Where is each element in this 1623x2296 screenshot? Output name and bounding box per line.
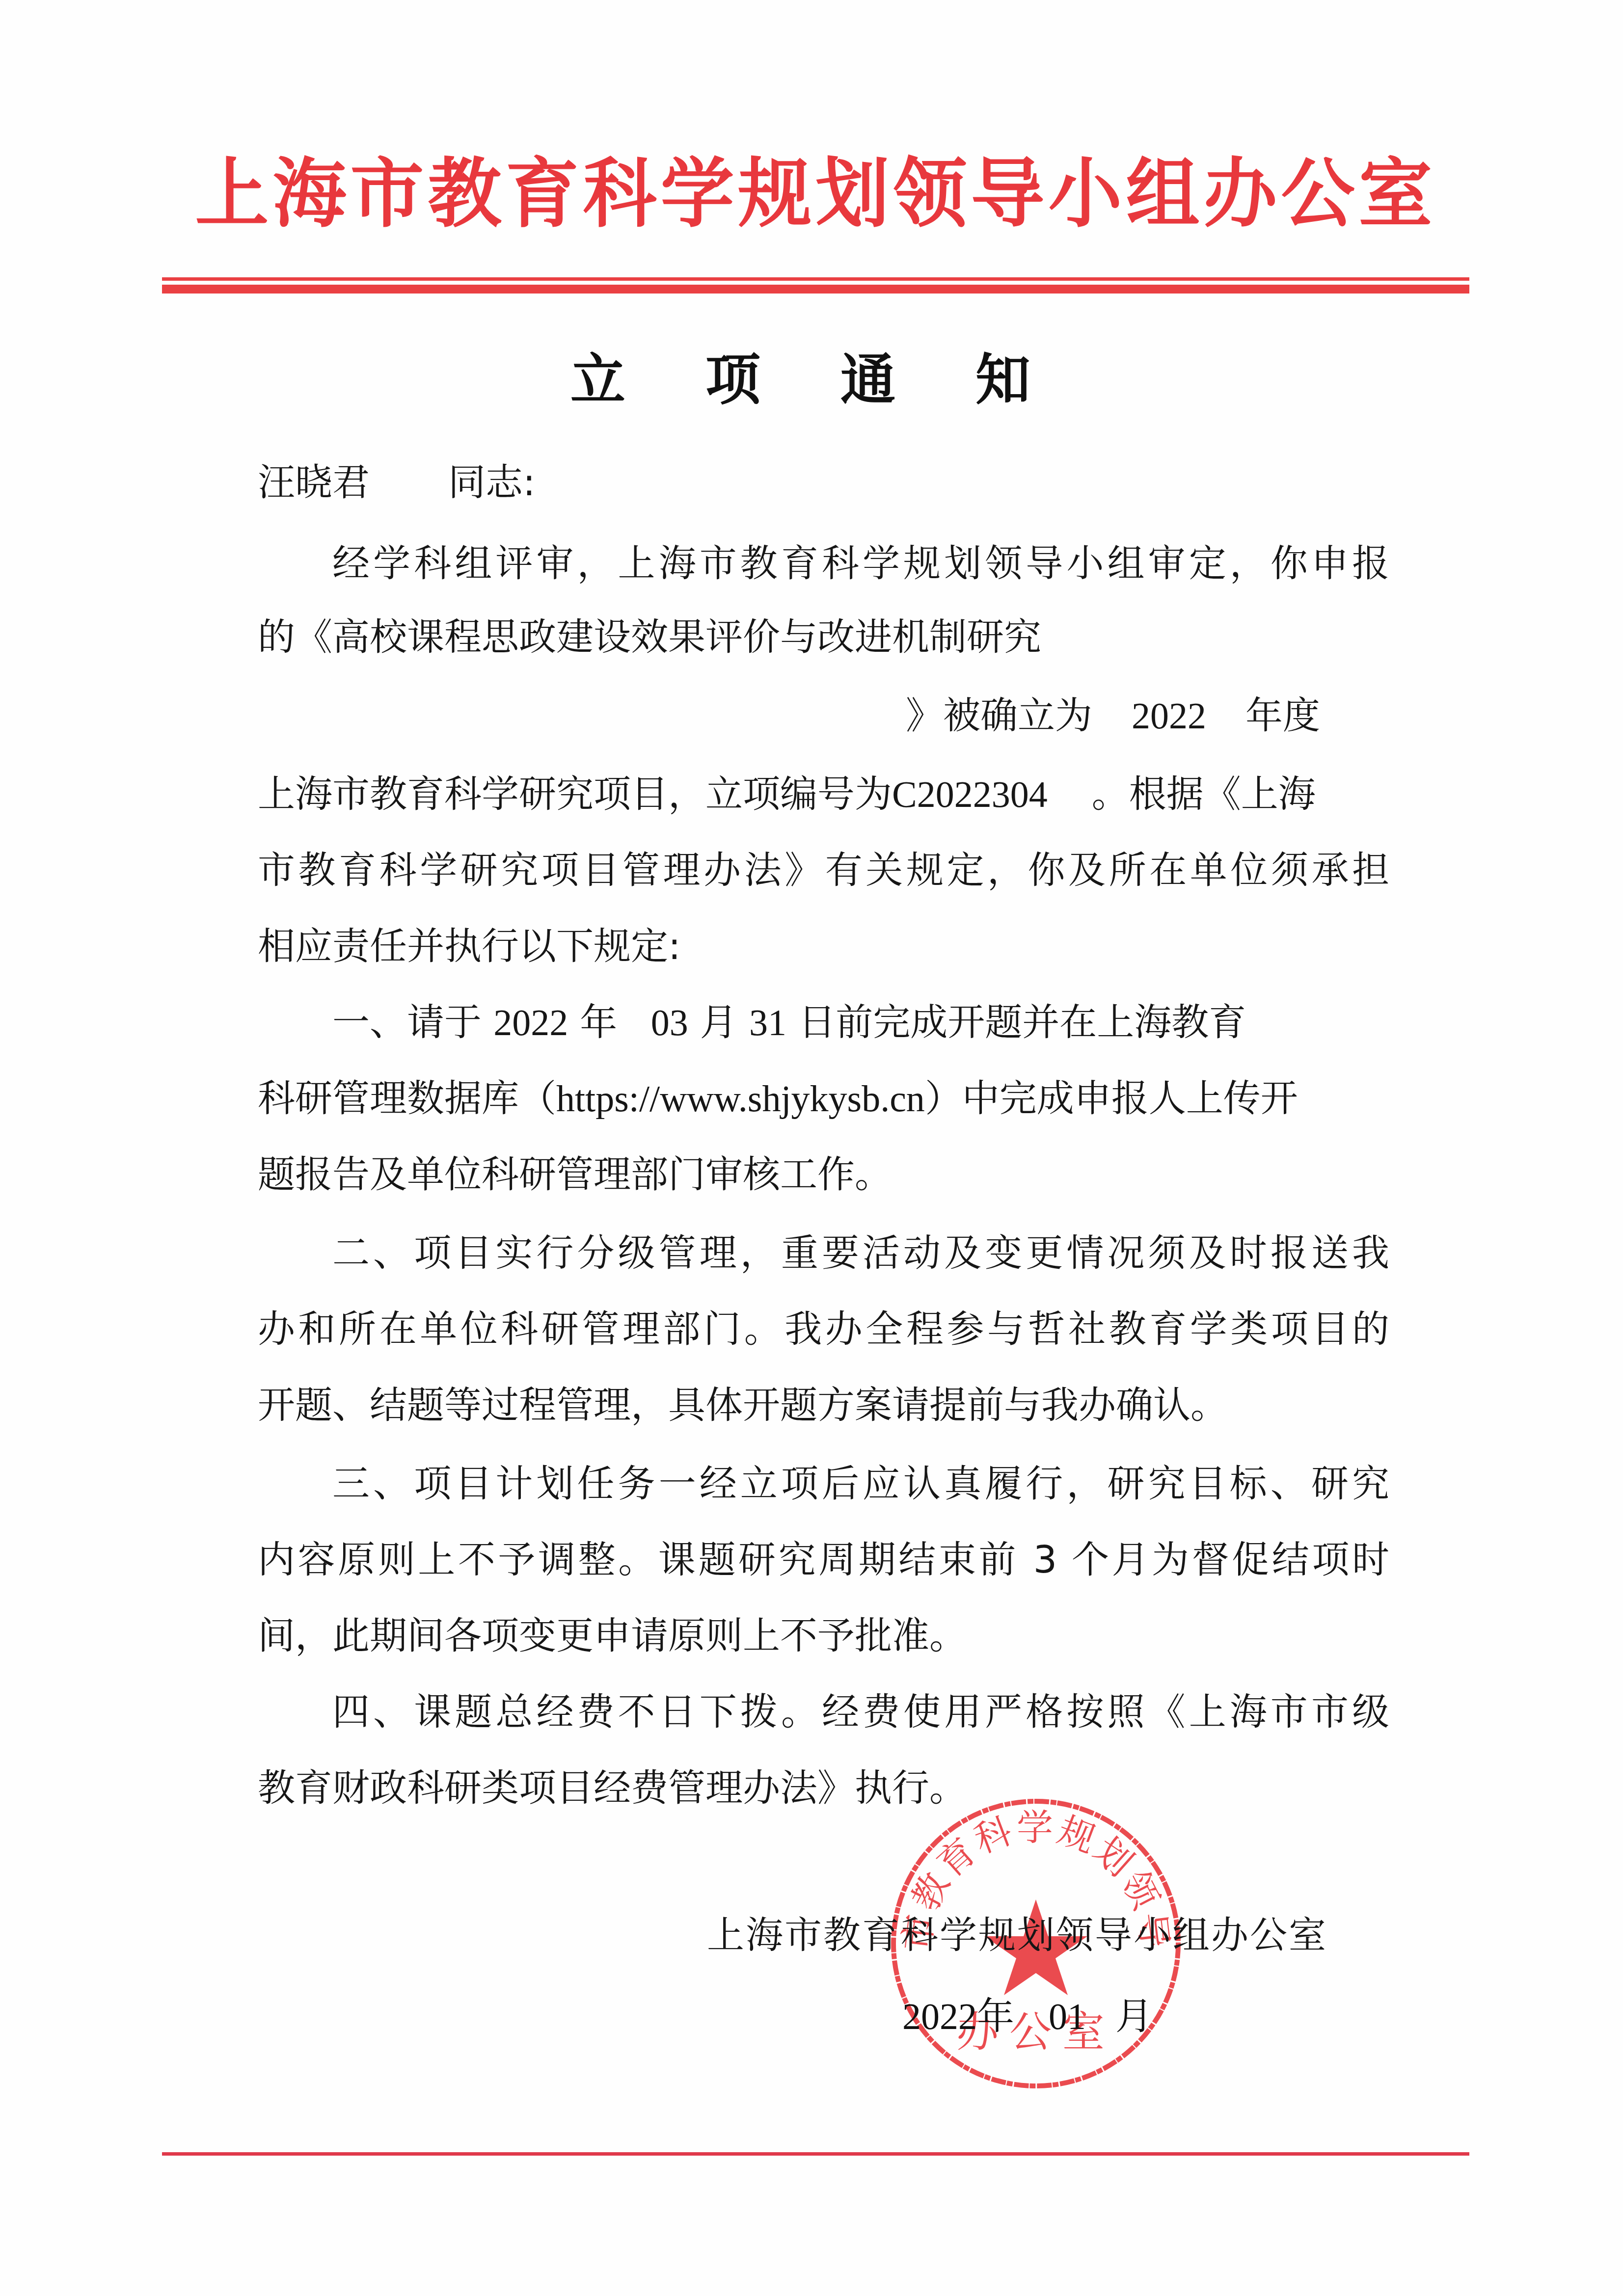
letterhead-title: 上海市教育科学规划领导小组办公室 [162, 146, 1469, 241]
rule-1-line-1: 一、请于 2022 年 03 月 31 日前完成开题并在上海教育 [332, 999, 1246, 1046]
rule-1-line-3: 题报告及单位科研管理部门审核工作。 [258, 1151, 892, 1198]
recipient-name: 汪晓君 [258, 460, 370, 504]
deadline-year: 2022 [493, 1002, 568, 1043]
intro-line-1: 经学科组评审，上海市教育科学规划领导小组审定，你申报 [332, 540, 1389, 587]
project-year: 2022 [1132, 695, 1206, 737]
rule-4-line-2: 教育财政科研类项目经费管理办法》执行。 [258, 1764, 967, 1812]
intro-line-6: 相应责任并执行以下规定: [258, 923, 681, 970]
rule-2-line-1: 二、项目实行分级管理，重要活动及变更情况须及时报送我 [332, 1229, 1389, 1277]
rule-1-line-2: 科研管理数据库（https://www.shjykysb.cn）中完成申报人上传… [258, 1075, 1298, 1122]
rule-2-line-3: 开题、结题等过程管理，具体开题方案请提前与我办确认。 [258, 1382, 1228, 1429]
project-code: C2022304 [892, 774, 1048, 815]
rule-4-line-1: 四、课题总经费不日下拨。经费使用严格按照《上海市市级 [332, 1688, 1389, 1735]
intro-line-2: 的《高校课程思政建设效果评价与改进机制研究 [258, 614, 1041, 661]
salutation: 汪晓君同志: [258, 459, 536, 506]
footer-rule [162, 2152, 1469, 2156]
signature-month: 01 [1049, 1996, 1086, 2037]
letterhead-rule-thick [162, 285, 1469, 294]
deadline-day: 31 [749, 1002, 786, 1043]
salutation-suffix: 同志: [448, 460, 536, 504]
intro-line-4: 上海市教育科学研究项目，立项编号为C2022304。根据《上海 [258, 771, 1316, 818]
signature-year: 2022 [902, 1996, 977, 2037]
deadline-month: 03 [651, 1002, 688, 1043]
project-title: 高校课程思政建设效果评价与改进机制研究 [332, 615, 1041, 659]
rule-3-line-2: 内容原则上不予调整。课题研究周期结束前 3 个月为督促结项时 [258, 1536, 1389, 1583]
letterhead-rule-thin [162, 277, 1469, 281]
database-url[interactable]: https://www.shjykysb.cn [556, 1078, 925, 1120]
rule-2-line-2: 办和所在单位科研管理部门。我办全程参与哲社教育学类项目的 [258, 1306, 1389, 1353]
intro-line-5: 市教育科学研究项目管理办法》有关规定，你及所在单位须承担 [258, 847, 1389, 894]
rule-3-line-3: 间，此期间各项变更申请原则上不予批准。 [258, 1612, 967, 1659]
document-page: 上海市教育科学规划领导小组办公室 立 项 通 知 汪晓君同志: 经学科组评审，上… [0, 0, 1623, 2296]
document-title: 立 项 通 知 [162, 344, 1469, 417]
signature-date: 2022年01月 [902, 1993, 1153, 2040]
intro-line-3: 》被确立为2022年度 [906, 692, 1320, 740]
signature-organization: 上海市教育科学规划领导小组办公室 [707, 1912, 1327, 1959]
rule-3-line-1: 三、项目计划任务一经立项后应认真履行，研究目标、研究 [332, 1460, 1389, 1507]
